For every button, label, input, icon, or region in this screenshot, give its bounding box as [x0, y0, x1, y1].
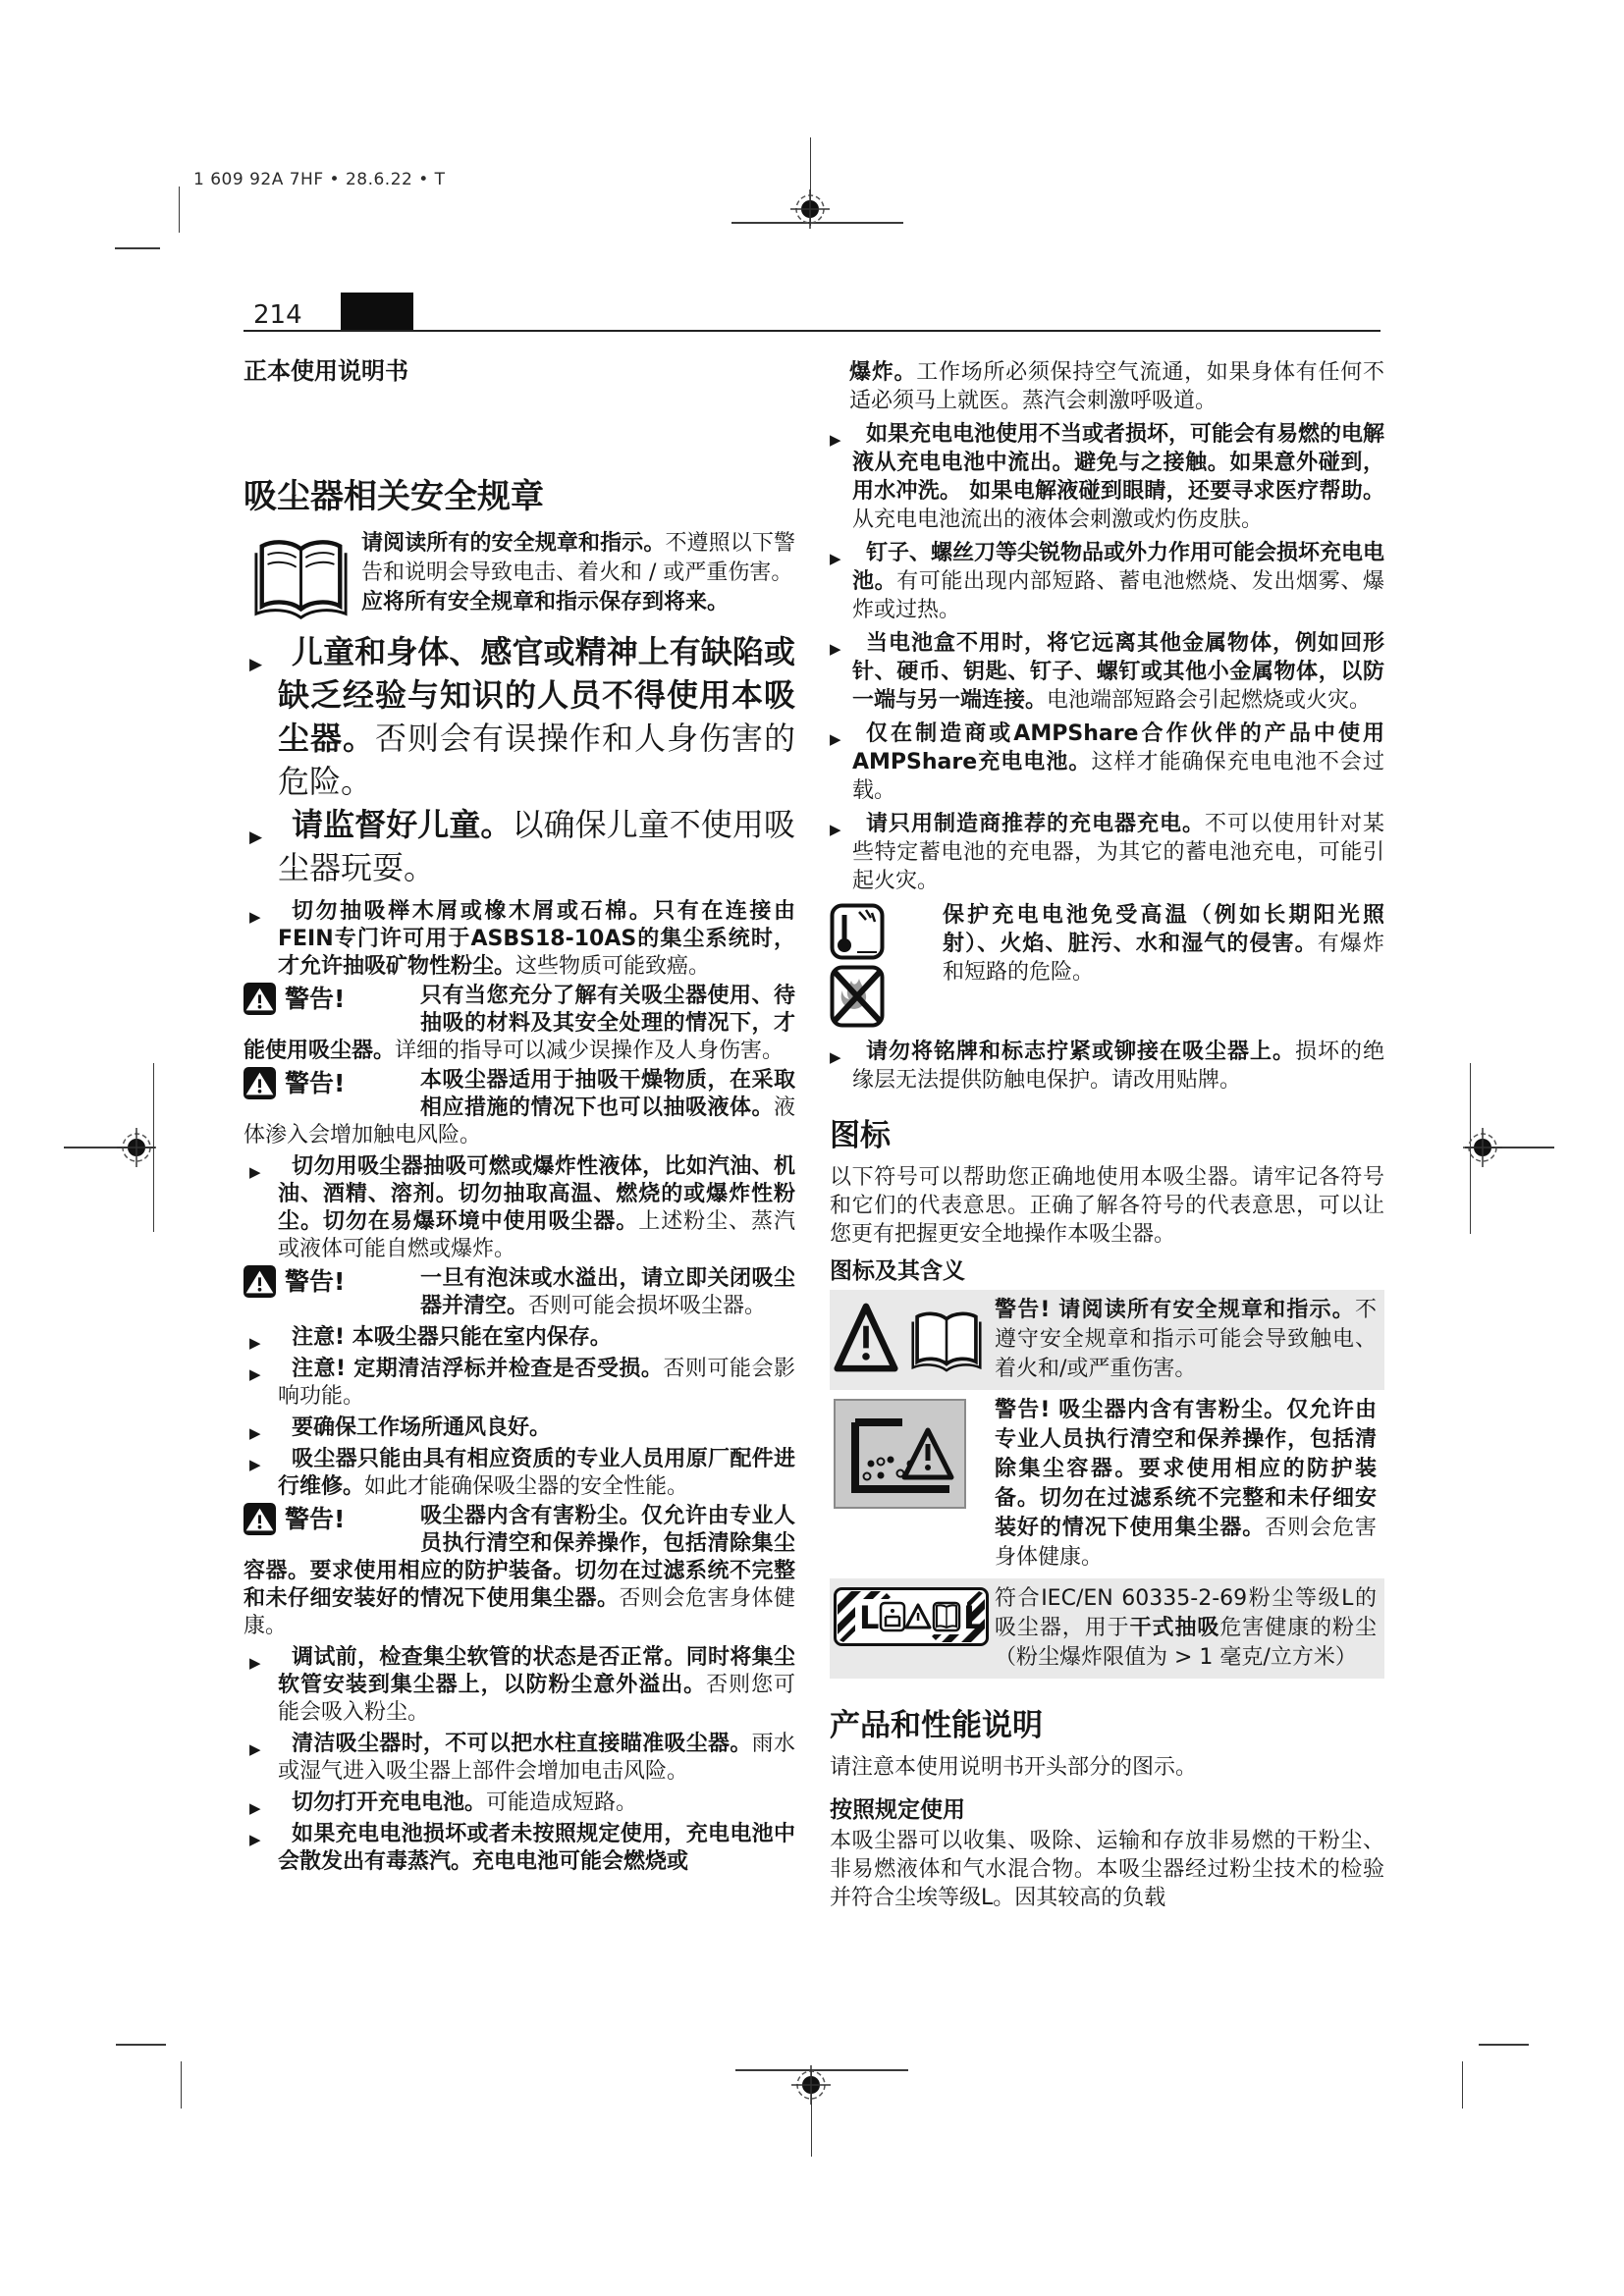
bullet-arrow-icon: ▶ — [249, 1794, 261, 1822]
bullet-arrow-icon: ▶ — [249, 1451, 261, 1478]
harmful-dust-container-icon — [834, 1399, 966, 1509]
warning-label: 警告! — [285, 1265, 345, 1298]
bullet-repairs: ▶吸尘器只能由具有相应资质的专业人员用原厂配件进行维修。如此才能确保吸尘器的安全… — [244, 1446, 795, 1501]
doc-type-label: 正本使用说明书 — [244, 358, 795, 384]
warning-label: 警告! — [285, 1503, 345, 1535]
trim-mark — [181, 2061, 182, 2109]
document-code: 1 609 92A 7HF • 28.6.22 • T — [193, 170, 446, 189]
protect-from-heat-icon — [830, 903, 885, 960]
intended-use-body: 本吸尘器可以收集、吸除、运输和存放非易燃的干粉尘、非易燃液体和气水混合物。本吸尘… — [830, 1827, 1384, 1912]
bullet-arrow-icon: ▶ — [249, 1649, 261, 1677]
symbol-row-harmful-dust: 警告! 吸尘器内含有害粉尘。仅允许由专业人员执行清空和保养操作，包括清除集尘容器… — [830, 1390, 1384, 1578]
protect-icons — [830, 901, 943, 1028]
svg-text:L: L — [963, 1599, 983, 1636]
warning-triangle-badge-icon — [244, 1503, 276, 1535]
read-instructions-text: 请阅读所有的安全规章和指示。不遵照以下警告和说明会导致电击、着火和 / 或严重伤… — [361, 529, 795, 630]
bullet-ampshare: ▶仅在制造商或AMPShare合作伙伴的产品中使用AMPShare充电电池。这样… — [830, 720, 1384, 805]
symbol-cell — [834, 1296, 995, 1384]
bullet-ventilation: ▶要确保工作场所通风良好。 — [244, 1415, 795, 1442]
bullet-arrow-icon: ▶ — [830, 816, 841, 844]
bullet-no-wood-asbestos: ▶切勿抽吸榉木屑或橡木屑或石棉。只有在连接由FEIN专门许可用于ASBS18-1… — [244, 898, 795, 981]
read-all-bold: 请阅读所有的安全规章和指示。 — [361, 531, 665, 556]
symbols-table-title: 图标及其含义 — [830, 1258, 1384, 1284]
protect-battery-block: 保护充电电池免受高温（例如长期阳光照射）、火焰、脏污、水和湿气的侵害。有爆炸和短… — [830, 901, 1384, 1028]
warning-triangle-badge-icon — [244, 983, 276, 1015]
warning-block-foam: 警告! 一旦有泡沫或水溢出，请立即关闭吸尘器并清空。否则可能会损坏吸尘器。 — [244, 1265, 795, 1320]
symbol-meaning: 符合IEC/EN 60335-2-69粉尘等级L的吸尘器，用于干式抽吸危害健康的… — [995, 1584, 1377, 1673]
bullet-arrow-icon: ▶ — [249, 1735, 261, 1763]
symbol-row-dust-class: L L 符合IEC/EN 60335-2-69粉尘等级L的吸尘器，用于干式抽吸危… — [830, 1578, 1384, 1679]
warning-badge: 警告! — [244, 1067, 420, 1122]
section-title-product: 产品和性能说明 — [830, 1708, 1384, 1743]
bullet-nameplate: ▶请勿将铭牌和标志拧紧或铆接在吸尘器上。损坏的绝缘层无法提供防触电保护。请改用贴… — [830, 1038, 1384, 1095]
trim-mark — [179, 187, 180, 233]
bullet-arrow-icon: ▶ — [249, 643, 262, 686]
symbol-meaning: 警告! 吸尘器内含有害粉尘。仅允许由专业人员执行清空和保养操作，包括清除集尘容器… — [995, 1396, 1377, 1573]
keep-instructions: 应将所有安全规章和指示保存到将来。 — [361, 588, 795, 617]
bullet-arrow-icon: ▶ — [830, 725, 841, 754]
bullet-arrow-icon: ▶ — [249, 1826, 261, 1853]
bullet-arrow-icon: ▶ — [249, 1158, 261, 1186]
read-instructions-block: 请阅读所有的安全规章和指示。不遵照以下警告和说明会导致电击、着火和 / 或严重伤… — [244, 529, 795, 630]
bullet-supervise-children: ▶请监督好儿童。以确保儿童不使用吸尘器玩耍。 — [244, 803, 795, 889]
bullet-arrow-icon: ▶ — [830, 545, 841, 573]
page-number: 214 — [253, 300, 302, 330]
no-fire-no-water-icon — [830, 965, 885, 1028]
bullet-check-hose: ▶调试前，检查集尘软管的状态是否正常。同时将集尘软管安装到集尘器上，以防粉尘意外… — [244, 1644, 795, 1727]
symbols-intro: 以下符号可以帮助您正确地使用本吸尘器。请牢记各符号和它们的代表意思。正确了解各符… — [830, 1163, 1384, 1249]
bullet-recommended-charger: ▶请只用制造商推荐的充电器充电。不可以使用针对某些特定蓄电池的充电器，为其它的蓄… — [830, 810, 1384, 895]
bullet-arrow-icon: ▶ — [830, 1043, 841, 1072]
protect-battery-text: 保护充电电池免受高温（例如长期阳光照射）、火焰、脏污、水和湿气的侵害。有爆炸和短… — [943, 901, 1384, 1028]
trim-mark — [1479, 2044, 1529, 2046]
symbol-meaning: 警告! 请阅读所有安全规章和指示。不遵守安全规章和指示可能会导致触电、着火和/或… — [995, 1296, 1377, 1384]
warning-label: 警告! — [285, 1067, 345, 1099]
right-column: 爆炸。工作场所必须保持空气流通，如果身体有任何不适必须马上就医。蒸汽会刺激呼吸道… — [830, 358, 1384, 1912]
warning-badge: 警告! — [244, 1265, 420, 1320]
symbol-row-read-instructions: 警告! 请阅读所有安全规章和指示。不遵守安全规章和指示可能会导致触电、着火和/或… — [830, 1290, 1384, 1390]
bullet-arrow-icon: ▶ — [249, 1419, 261, 1447]
left-column: 正本使用说明书 吸尘器相关安全规章 请阅读所有的安全规章和指示。不遵照以下警告和… — [244, 358, 795, 1876]
bullet-sharp-objects: ▶钉子、螺丝刀等尖锐物品或外力作用可能会损坏充电电池。有可能出现内部短路、蓄电池… — [830, 539, 1384, 624]
battery-vapour-continuation: 爆炸。工作场所必须保持空气流通，如果身体有任何不适必须马上就医。蒸汽会刺激呼吸道… — [830, 358, 1384, 415]
product-note: 请注意本使用说明书开头部分的图示。 — [830, 1753, 1384, 1782]
section-title-symbols: 图标 — [830, 1118, 1384, 1153]
registration-mark — [115, 1126, 158, 1169]
intended-use-title: 按照规定使用 — [830, 1797, 1384, 1823]
manual-page: 1 609 92A 7HF • 28.6.22 • T 214 正本使用说明书 … — [0, 0, 1624, 2296]
bullet-arrow-icon: ▶ — [830, 426, 841, 454]
trim-mark — [1462, 2061, 1463, 2109]
warning-block-harmful-dust: 警告! 吸尘器内含有害粉尘。仅允许由专业人员执行清空和保养操作，包括清除集尘容器… — [244, 1503, 795, 1640]
warning-label: 警告! — [285, 983, 345, 1015]
open-book-icon — [908, 1305, 985, 1373]
symbol-cell: L L — [834, 1584, 995, 1673]
bullet-arrow-icon: ▶ — [249, 1361, 261, 1388]
bullet-arrow-icon: ▶ — [249, 816, 262, 859]
warning-block-usage: 警告! 只有当您充分了解有关吸尘器使用、待抽吸的材料及其安全处理的情况下，才能使… — [244, 983, 795, 1065]
registration-mark — [789, 2063, 833, 2107]
bullet-keep-away-metal: ▶当电池盒不用时，将它远离其他金属物体，例如回形针、硬币、钥匙、钉子、螺钉或其他… — [830, 629, 1384, 715]
warning-block-dry-wet: 警告! 本吸尘器适用于抽吸干燥物质，在采取相应措施的情况下也可以抽吸液体。液体渗… — [244, 1067, 795, 1149]
trim-mark — [115, 247, 160, 249]
bullet-clean-float: ▶注意! 定期清洁浮标并检查是否受损。否则可能会影响功能。 — [244, 1356, 795, 1411]
brand-block — [341, 293, 413, 331]
bullet-electrolyte-leak: ▶如果充电电池使用不当或者损坏，可能会有易燃的电解液从充电电池中流出。避免与之接… — [830, 420, 1384, 534]
warning-badge: 警告! — [244, 983, 420, 1038]
registration-mark — [788, 187, 832, 231]
symbol-cell — [834, 1396, 995, 1573]
bullet-arrow-icon: ▶ — [249, 1329, 261, 1357]
bullet-children-restriction: ▶儿童和身体、感官或精神上有缺陷或缺乏经验与知识的人员不得使用本吸尘器。否则会有… — [244, 630, 795, 803]
open-book-icon — [253, 529, 349, 630]
bullet-arrow-icon: ▶ — [830, 635, 841, 664]
bullet-damaged-battery: ▶如果充电电池损坏或者未按照规定使用，充电电池中会散发出有毒蒸汽。充电电池可能会… — [244, 1821, 795, 1876]
bullet-store-indoors: ▶注意! 本吸尘器只能在室内保存。 — [244, 1324, 795, 1352]
trim-mark — [116, 2044, 166, 2046]
section-title-safety: 吸尘器相关安全规章 — [244, 478, 795, 515]
header-rule — [244, 330, 1380, 332]
warning-badge: 警告! — [244, 1503, 420, 1558]
registration-mark — [1461, 1126, 1504, 1169]
warning-triangle-badge-icon — [244, 1067, 276, 1099]
svg-text:L: L — [859, 1599, 879, 1636]
warning-triangle-icon — [834, 1299, 898, 1377]
bullet-arrow-icon: ▶ — [249, 903, 261, 931]
symbols-table: 警告! 请阅读所有安全规章和指示。不遵守安全规章和指示可能会导致触电、着火和/或… — [830, 1290, 1384, 1679]
bullet-do-not-open-battery: ▶切勿打开充电电池。可能造成短路。 — [244, 1789, 795, 1817]
bullet-no-flammable-liquids: ▶切勿用吸尘器抽吸可燃或爆炸性液体，比如汽油、机油、酒精、溶剂。切勿抽取高温、燃… — [244, 1153, 795, 1263]
dust-class-L-label-icon: L L — [834, 1587, 989, 1646]
warning-triangle-badge-icon — [244, 1265, 276, 1298]
bullet-no-water-jet: ▶清洁吸尘器时，不可以把水柱直接瞄准吸尘器。雨水或湿气进入吸尘器上部件会增加电击… — [244, 1731, 795, 1786]
